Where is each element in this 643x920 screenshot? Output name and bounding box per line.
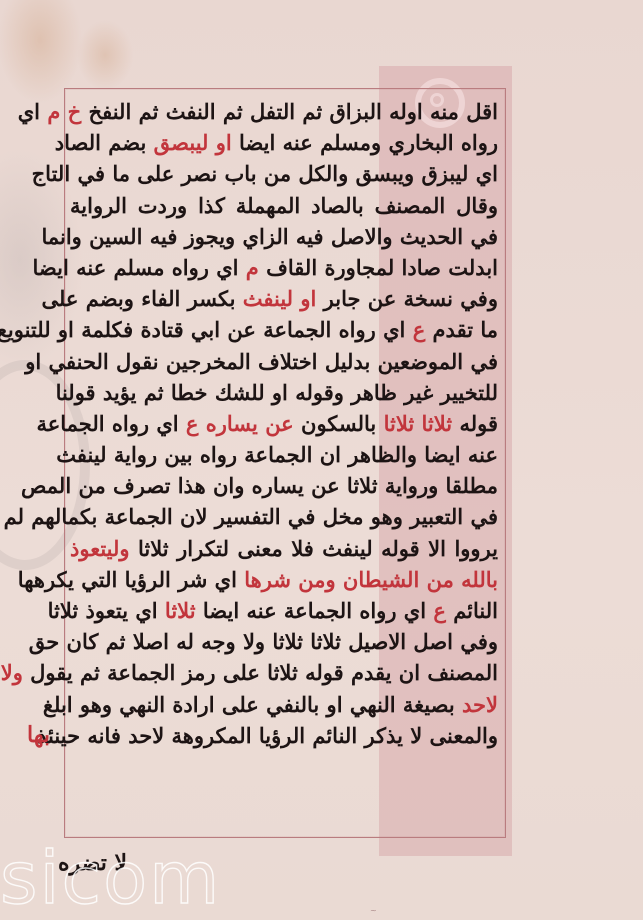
text-line: اي ليبزق ويبسق والكل من باب نصر على ما ف… (70, 158, 498, 189)
text-segment: بضم الصاد (55, 130, 147, 155)
rubric-segment: ولا يذكر (0, 660, 23, 685)
rubric-segment: خ م (40, 99, 81, 124)
text-segment: النائم (446, 598, 498, 623)
text-segment: عنه ايضا والظاهر ان الجماعة رواه بين روا… (56, 442, 498, 467)
text-segment: اي (18, 99, 40, 124)
text-segment: في الموضعين بدليل اختلاف المخرجين نقول ا… (25, 349, 498, 374)
text-segment: وقال المصنف بالصاد المهملة كذا وردت الرو… (70, 193, 498, 218)
main-text-block: اقل منه اوله البزاق ثم التفل ثم النفث ثم… (70, 96, 498, 751)
text-segment: رواه البخاري ومسلم عنه ايضا (232, 130, 498, 155)
text-line: في التعبير وهو مخل في التفسير لان الجماع… (70, 501, 498, 532)
text-segment: اي رواه الجماعة عنه ايضا (196, 598, 426, 623)
rubric-segment: عن يساره ع (179, 411, 294, 436)
margin-note: بها (14, 722, 50, 748)
rubric-segment: لاحد (455, 692, 498, 717)
text-line: وقال المصنف بالصاد المهملة كذا وردت الرو… (70, 190, 498, 221)
text-segment: اقل منه اوله البزاق ثم التفل ثم النفث ثم… (81, 99, 498, 124)
text-segment: والمعنى لا يذكر النائم الرؤيا المكروهة ل… (37, 723, 498, 748)
text-line: مطلقا ورواية ثلاثا عن يساره وان هذا تصرف… (70, 470, 498, 501)
text-line: رواه البخاري ومسلم عنه ايضا او ليبصق بضم… (70, 127, 498, 158)
text-segment: في الحديث والاصل فيه الزاي ويجوز فيه الس… (41, 224, 498, 249)
rubric-segment: او ليبصق (146, 130, 231, 155)
text-segment: اي شر الرؤيا التي يكرهها (18, 567, 237, 592)
text-line: اقل منه اوله البزاق ثم التفل ثم النفث ثم… (70, 96, 498, 127)
text-segment: بالسكون (294, 411, 377, 436)
text-segment: وفي نسخة عن جابر (316, 286, 498, 311)
text-segment: اي يتعوذ ثلاثا (48, 598, 158, 623)
text-segment: اي رواه الجماعة عن ابي قتادة فكلمة او لل… (0, 317, 405, 342)
text-line: ابدلت صادا لمجاورة القاف م اي رواه مسلم … (70, 252, 498, 283)
text-line: وفي نسخة عن جابر او لينفث بكسر الفاء وبض… (70, 283, 498, 314)
text-line: ما تقدم ع اي رواه الجماعة عن ابي قتادة ف… (70, 314, 498, 345)
text-segment: للتخيير غير ظاهر وقوله او للشك خطا ثم يؤ… (56, 380, 498, 405)
text-segment: بكسر الفاء وبضم على (41, 286, 235, 311)
text-line: المصنف ان يقدم قوله ثلاثا على رمز الجماع… (70, 657, 498, 688)
text-segment: اي رواه مسلم عنه ايضا (33, 255, 239, 280)
bottom-mark: ~ (370, 906, 377, 915)
text-line: والمعنى لا يذكر النائم الرؤيا المكروهة ل… (70, 720, 498, 751)
text-line: قوله ثلاثا ثلاثا بالسكون عن يساره ع اي ر… (70, 408, 498, 439)
text-segment: في التعبير وهو مخل في التفسير لان الجماع… (4, 504, 498, 529)
site-watermark: sicom (0, 836, 221, 920)
text-segment: قوله (452, 411, 498, 436)
text-line: وفي اصل الاصيل ثلاثا ثلاثا ولا وجه له اص… (70, 626, 498, 657)
text-segment: ما تقدم (425, 317, 498, 342)
text-line: للتخيير غير ظاهر وقوله او للشك خطا ثم يؤ… (70, 377, 498, 408)
rubric-segment: ثلاثا (158, 598, 196, 623)
text-line: في الحديث والاصل فيه الزاي ويجوز فيه الس… (70, 221, 498, 252)
text-segment: ابدلت صادا لمجاورة القاف (259, 255, 498, 280)
text-segment: بصيغة النهي او بالنفي على ارادة النهي وه… (43, 692, 455, 717)
rubric-segment: ع (405, 317, 425, 342)
text-segment: وفي اصل الاصيل ثلاثا ثلاثا ولا وجه له اص… (29, 629, 498, 654)
text-segment: المصنف ان يقدم قوله ثلاثا على رمز الجماع… (23, 660, 498, 685)
rubric-segment: ثلاثا ثلاثا (376, 411, 452, 436)
text-segment: اي ليبزق ويبسق والكل من باب نصر على ما ف… (32, 161, 498, 186)
text-segment: مطلقا ورواية ثلاثا عن يساره وان هذا تصرف… (21, 473, 498, 498)
text-segment: يرووا الا قوله لينفث فلا معنى لتكرار ثلا… (130, 536, 498, 561)
rubric-segment: بالله من الشيطان ومن شرها (237, 567, 498, 592)
rubric-segment: م (238, 255, 258, 280)
text-segment: اي رواه الجماعة (36, 411, 178, 436)
text-line: في الموضعين بدليل اختلاف المخرجين نقول ا… (70, 346, 498, 377)
text-line: يرووا الا قوله لينفث فلا معنى لتكرار ثلا… (70, 533, 498, 564)
rubric-segment: وليتعوذ (70, 536, 130, 561)
text-line: لاحد بصيغة النهي او بالنفي على ارادة الن… (70, 689, 498, 720)
text-line: بالله من الشيطان ومن شرها اي شر الرؤيا ا… (70, 564, 498, 595)
rubric-segment: او لينفث (235, 286, 316, 311)
rubric-segment: ع (426, 598, 446, 623)
text-line: عنه ايضا والظاهر ان الجماعة رواه بين روا… (70, 439, 498, 470)
text-line: النائم ع اي رواه الجماعة عنه ايضا ثلاثا … (70, 595, 498, 626)
